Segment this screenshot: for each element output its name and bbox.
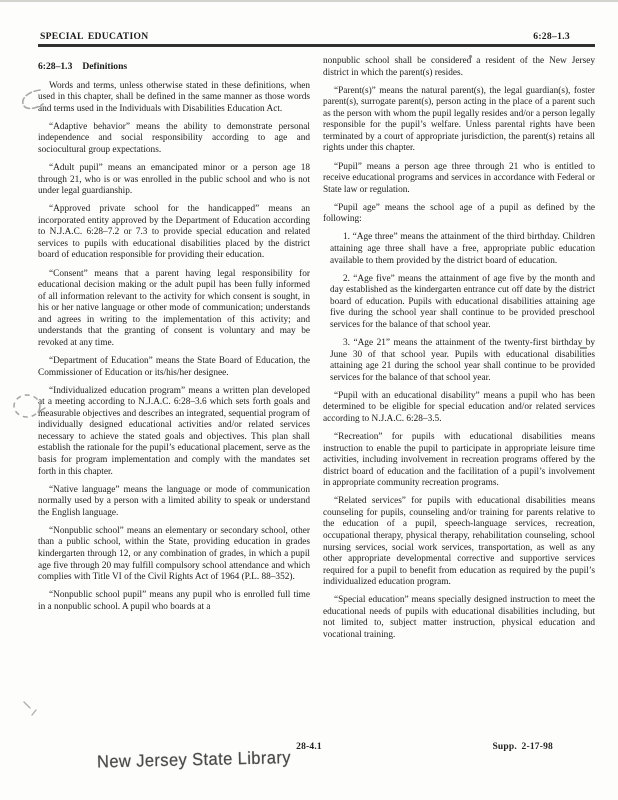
running-header: SPECIAL EDUCATION 6:28–1.3 [40,31,570,42]
library-stamp: New Jersey State Library [97,748,291,773]
definition-paragraph: “Pupil age” means the school age of a pu… [323,203,595,226]
numbered-item: 1. “Age three” means the attainment of t… [323,232,595,267]
definition-paragraph: “Related services” for pupils with educa… [323,496,595,588]
numbered-item: 2. “Age five” means the attainment of ag… [323,274,595,332]
definition-paragraph: “Adaptive behavior” means the ability to… [38,122,310,157]
definition-paragraph: “Nonpublic school” means an elementary o… [38,526,310,584]
scanned-document-page: SPECIAL EDUCATION 6:28–1.3 6:28–1.3Defin… [0,0,618,800]
definition-paragraph: “Department of Education” means the Stat… [38,356,310,379]
definition-paragraph: “Recreation” for pupils with educational… [323,432,595,490]
section-title: Definitions [82,61,127,72]
definition-paragraph: “Adult pupil” means an emancipated minor… [38,163,310,198]
definition-paragraph: “Pupil” means a person age three through… [323,162,595,197]
running-header-section: 6:28–1.3 [533,31,570,42]
right-column: nonpublic school shall be considered a r… [323,56,595,648]
section-heading: 6:28–1.3Definitions [38,61,310,73]
continuation-paragraph: nonpublic school shall be considered a r… [323,56,595,79]
two-column-body: 6:28–1.3Definitions Words and terms, unl… [38,56,595,648]
section-number: 6:28–1.3 [38,61,72,72]
definition-paragraph: “Approved private school for the handica… [38,204,310,262]
definition-paragraph: “Nonpublic school pupil” means any pupil… [38,590,310,613]
pencil-mark-ticks [20,696,54,718]
running-header-title: SPECIAL EDUCATION [40,31,148,42]
definition-paragraph: “Native language” means the language or … [38,485,310,520]
definition-paragraph: “Pupil with an educational disability” m… [323,391,595,426]
definition-paragraph: Words and terms, unless otherwise stated… [38,81,310,116]
numbered-item: 3. “Age 21” means the attainment of the … [323,338,595,384]
definition-paragraph: “Individualized education program” means… [38,386,310,478]
supplement-date: Supp. 2-17-98 [492,742,553,752]
header-rule [38,44,595,47]
definition-paragraph: “Consent” means that a parent having leg… [38,269,310,350]
definition-paragraph: “Special education” means specially desi… [323,595,595,641]
definition-paragraph: “Parent(s)” means the natural parent(s),… [323,86,595,155]
scan-edge-artifact [0,0,618,2]
left-column: 6:28–1.3Definitions Words and terms, unl… [38,56,310,648]
